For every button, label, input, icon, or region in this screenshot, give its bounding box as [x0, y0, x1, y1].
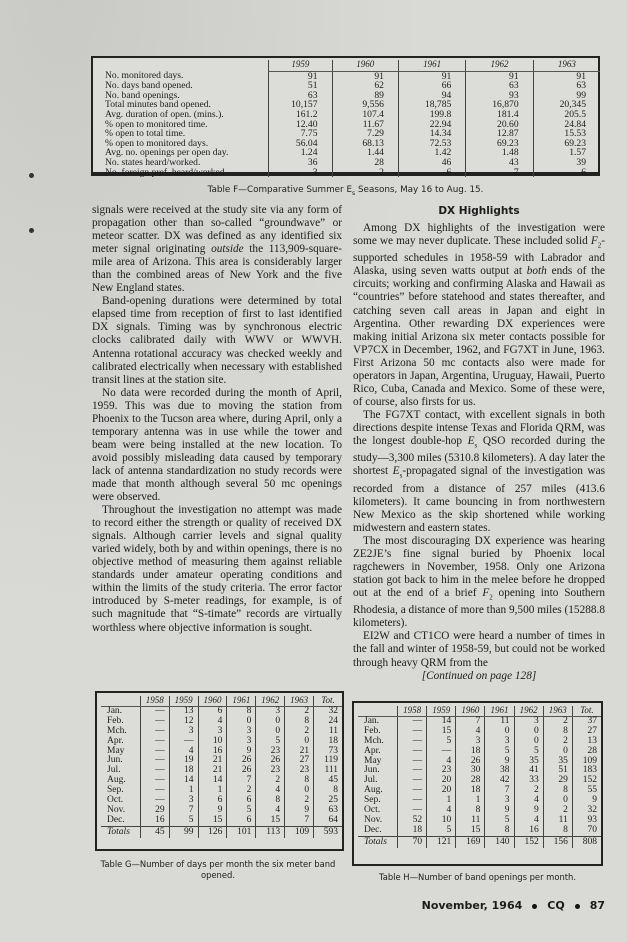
- cell-value: 1.24: [269, 148, 332, 158]
- bullet-icon: [532, 904, 537, 909]
- month-label: Dec.: [358, 826, 398, 836]
- cell-value: 1: [427, 796, 456, 806]
- cell-value: 15: [456, 826, 485, 836]
- year-header: 1963: [533, 60, 600, 71]
- paragraph: Throughout the investigation no attempt …: [92, 504, 342, 634]
- cell-value: 5: [169, 816, 198, 826]
- cell-value: 3: [227, 737, 256, 747]
- column-header: 1961: [485, 706, 514, 716]
- cell-value: 64: [314, 816, 342, 826]
- total-value: 808: [572, 836, 601, 847]
- cell-value: 36: [269, 158, 332, 168]
- table-g-grid: 195819591960196119621963Tot.Jan.—1368323…: [101, 696, 342, 838]
- column-header: 1963: [543, 706, 572, 716]
- table-g: 195819591960196119621963Tot.Jan.—1368323…: [95, 691, 344, 851]
- cell-value: 68.13: [332, 139, 398, 149]
- right-column-text: Among DX highlights of the investigation…: [353, 222, 605, 683]
- cell-value: 23: [256, 766, 285, 776]
- total-value: 113: [256, 826, 285, 837]
- total-value: 45: [140, 826, 169, 837]
- column-header: 1959: [427, 706, 456, 716]
- table-f-grid: 19591960196119621963No. monitored days.9…: [105, 60, 600, 177]
- cell-value: 16: [140, 816, 169, 826]
- year-header: 1959: [269, 60, 332, 71]
- column-header: 1958: [398, 706, 427, 716]
- table-h-grid: 195819591960196119621963Tot.Jan.—1471132…: [358, 706, 601, 848]
- cell-value: 8: [227, 706, 256, 716]
- year-header: 1960: [332, 60, 398, 71]
- cell-value: 28: [332, 158, 398, 168]
- cell-value: 7: [456, 716, 485, 726]
- cell-value: 4: [456, 727, 485, 737]
- cell-value: 6: [227, 796, 256, 806]
- total-value: 140: [485, 836, 514, 847]
- total-value: 152: [514, 836, 543, 847]
- paragraph: signals were received at the study site …: [92, 204, 342, 295]
- cell-value: 2: [256, 776, 285, 786]
- cell-value: 2: [285, 727, 314, 737]
- paragraph: Band-opening durations were determined b…: [92, 295, 342, 386]
- bullet-icon: [575, 904, 580, 909]
- cell-value: 1.42: [398, 148, 465, 158]
- cell-value: 1.48: [466, 148, 533, 158]
- cell-value: 6: [198, 706, 227, 716]
- total-value: 70: [398, 836, 427, 847]
- cell-value: 8: [285, 717, 314, 727]
- cell-value: 1.57: [533, 148, 600, 158]
- magazine-name: CQ: [547, 899, 564, 912]
- cell-value: 66: [398, 81, 465, 91]
- column-header: 1958: [140, 696, 169, 706]
- total-value: 99: [169, 826, 198, 837]
- cell-value: 91: [466, 71, 533, 81]
- cell-value: 9: [285, 806, 314, 816]
- cell-value: 91: [398, 71, 465, 81]
- column-header: 1959: [169, 696, 198, 706]
- cell-value: 43: [466, 158, 533, 168]
- cell-value: 46: [398, 158, 465, 168]
- cell-value: 62: [332, 81, 398, 91]
- cell-value: 6: [227, 816, 256, 826]
- page-footer: November, 1964CQ87: [395, 899, 605, 912]
- total-value: 101: [227, 826, 256, 837]
- table-f-caption: Table F—Comparative Summer Es Seasons, M…: [91, 185, 600, 197]
- column-header: 1961: [227, 696, 256, 706]
- column-header: Tot.: [314, 696, 342, 706]
- column-header: [101, 696, 140, 706]
- cell-value: —: [427, 747, 456, 757]
- cell-value: 15: [427, 727, 456, 737]
- cell-value: 2: [332, 168, 398, 178]
- cell-value: 8: [285, 776, 314, 786]
- cell-value: 15: [198, 816, 227, 826]
- cell-value: 8: [256, 796, 285, 806]
- column-header: 1962: [514, 706, 543, 716]
- cell-value: 2: [285, 796, 314, 806]
- paragraph: EI2W and CT1CO were heard a number of ti…: [353, 630, 605, 669]
- cell-value: 91: [269, 71, 332, 81]
- table-h: 195819591960196119621963Tot.Jan.—1471132…: [352, 701, 603, 866]
- cell-value: 8: [543, 826, 572, 836]
- cell-value: 1: [456, 796, 485, 806]
- cell-value: 26: [227, 766, 256, 776]
- table-row: Dec.18515816870: [358, 826, 601, 836]
- cell-value: 7: [285, 816, 314, 826]
- column-header: 1960: [456, 706, 485, 716]
- punch-hole-mark: [29, 228, 34, 233]
- cell-value: 2: [227, 786, 256, 796]
- header-row: 195819591960196119621963Tot.: [101, 696, 342, 706]
- cell-value: 20: [427, 786, 456, 796]
- year-header: 1962: [466, 60, 533, 71]
- table-h-caption: Table H—Number of band openings per mont…: [352, 872, 603, 882]
- cell-value: 63: [466, 81, 533, 91]
- total-value: 156: [543, 836, 572, 847]
- cell-value: 1: [198, 786, 227, 796]
- page-number: 87: [590, 899, 605, 912]
- table-row: Dec.16515615764: [101, 816, 342, 826]
- cell-value: 39: [533, 158, 600, 168]
- total-value: 169: [456, 836, 485, 847]
- year-header: 1961: [398, 60, 465, 71]
- totals-row: Totals70121169140152156808: [358, 836, 601, 847]
- table-f: 19591960196119621963No. monitored days.9…: [91, 56, 600, 176]
- cell-value: 3: [256, 706, 285, 716]
- cell-value: 5: [227, 806, 256, 816]
- column-header: 1963: [285, 696, 314, 706]
- column-header: [358, 706, 398, 716]
- cell-value: 0: [285, 786, 314, 796]
- cell-value: 7: [466, 168, 533, 178]
- cell-value: 70: [572, 826, 601, 836]
- continued-note: [Continued on page 128]: [353, 670, 605, 683]
- cell-value: 16: [514, 826, 543, 836]
- cell-value: 6: [198, 796, 227, 806]
- total-value: 121: [427, 836, 456, 847]
- column-header: 1960: [198, 696, 227, 706]
- table-g-caption: Table G—Number of days per month the six…: [88, 859, 348, 881]
- header-row: 195819591960196119621963Tot.: [358, 706, 601, 716]
- cell-value: 6: [398, 168, 465, 178]
- left-column-text: signals were received at the study site …: [92, 204, 342, 635]
- cell-value: 10: [427, 816, 456, 826]
- month-label: Dec.: [101, 816, 140, 826]
- cell-value: 91: [533, 71, 600, 81]
- cell-value: 3: [227, 727, 256, 737]
- cell-value: 91: [332, 71, 398, 81]
- issue-date: November, 1964: [422, 899, 523, 912]
- section-heading: DX Highlights: [353, 205, 605, 217]
- paragraph: The most discouraging DX experience was …: [353, 535, 605, 631]
- column-header: 1962: [256, 696, 285, 706]
- cell-value: 0: [256, 727, 285, 737]
- cell-value: 15: [256, 816, 285, 826]
- cell-value: 14: [198, 776, 227, 786]
- totals-label: Totals: [101, 826, 140, 837]
- total-value: 593: [314, 826, 342, 837]
- cell-value: 5: [427, 826, 456, 836]
- cell-value: 4: [198, 717, 227, 727]
- row-label: No. foreign pref. heard/worked.: [105, 168, 269, 178]
- cell-value: 63: [533, 81, 600, 91]
- cell-value: 0: [256, 717, 285, 727]
- cell-value: 18: [398, 826, 427, 836]
- cell-value: 69.23: [466, 139, 533, 149]
- cell-value: 69.23: [533, 139, 600, 149]
- paragraph: Among DX highlights of the investigation…: [353, 222, 605, 409]
- cell-value: 4: [256, 786, 285, 796]
- cell-value: 0: [227, 717, 256, 727]
- cell-value: 8: [485, 826, 514, 836]
- cell-value: 3: [269, 168, 332, 178]
- cell-value: 18: [456, 786, 485, 796]
- cell-value: 7: [227, 776, 256, 786]
- total-value: 126: [198, 826, 227, 837]
- cell-value: 23: [285, 766, 314, 776]
- cell-value: 1.44: [332, 148, 398, 158]
- paragraph: No data were recorded during the month o…: [92, 387, 342, 504]
- table-row: No. foreign pref. heard/worked.32676: [105, 168, 600, 178]
- column-header: Tot.: [572, 706, 601, 716]
- punch-hole-mark: [29, 173, 34, 178]
- cell-value: 2: [285, 706, 314, 716]
- totals-label: Totals: [358, 836, 398, 847]
- cell-value: 51: [269, 81, 332, 91]
- paragraph: The FG7XT contact, with excellent signal…: [353, 409, 605, 535]
- total-value: 109: [285, 826, 314, 837]
- cell-value: 72.53: [398, 139, 465, 149]
- cell-value: 11.67: [332, 120, 398, 130]
- cell-value: 6: [533, 168, 600, 178]
- totals-row: Totals4599126101113109593: [101, 826, 342, 837]
